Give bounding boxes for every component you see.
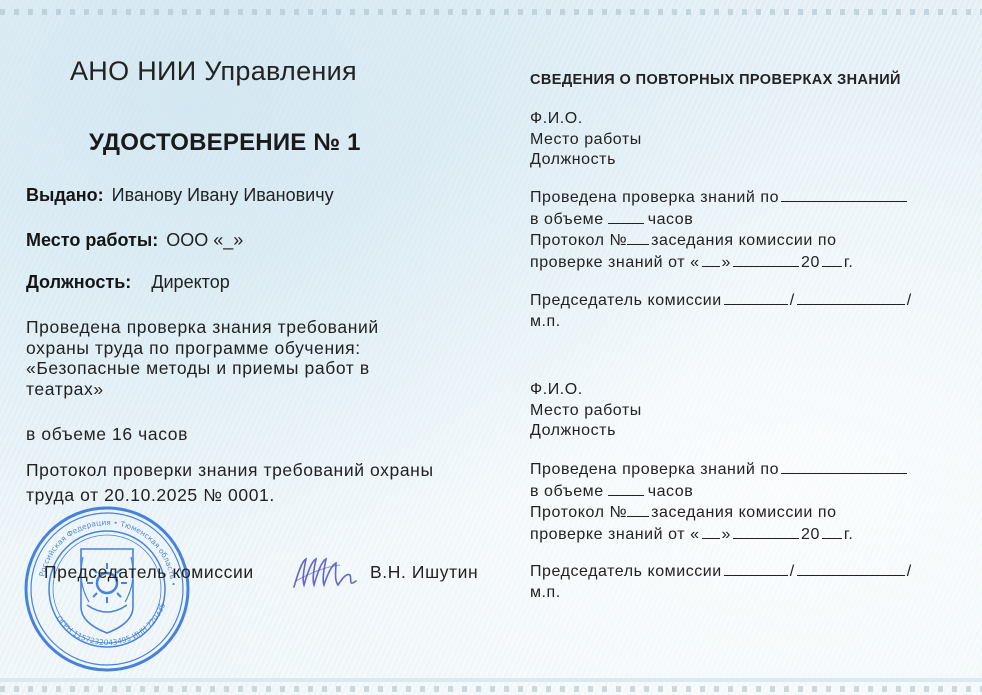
volume-label: в объеме	[530, 211, 604, 228]
fio-label: Ф.И.О.	[530, 380, 642, 401]
edge-band	[0, 678, 982, 682]
day-blank	[702, 524, 720, 539]
month-blank	[733, 252, 799, 267]
fio-label: Ф.И.О.	[530, 109, 642, 130]
slash: /	[907, 292, 912, 309]
training-description: Проведена проверка знания требований охр…	[26, 317, 379, 399]
issued-label: Выдано:	[26, 185, 104, 205]
issued-to-row: Выдано:Иванову Ивану Ивановичу	[26, 185, 334, 206]
position-label: Должность	[530, 150, 642, 171]
chair-label: Председатель комиссии	[530, 563, 722, 580]
organization-name: АНО НИИ Управления	[70, 56, 357, 87]
quote-close: »	[722, 526, 731, 543]
workplace-value: ООО «_»	[166, 230, 243, 250]
repeat-checks-heading: СВЕДЕНИЯ О ПОВТОРНЫХ ПРОВЕРКАХ ЗНАНИЙ	[530, 72, 901, 88]
hours-suffix: часов	[648, 211, 694, 228]
round-seal-stamp-icon: Российская Федерация • Тюменская область…	[23, 505, 191, 673]
training-hours: в объеме 16 часов	[26, 424, 188, 445]
protocol-suffix: заседания комиссии по	[651, 232, 836, 249]
seal-place-label: м.п.	[530, 312, 912, 333]
quote-close: »	[722, 254, 731, 271]
day-blank	[702, 252, 720, 267]
protocol-label: Протокол №	[530, 232, 627, 249]
hours-blank	[608, 209, 644, 224]
slash: /	[790, 292, 795, 309]
repeat-check-2-identity: Ф.И.О. Место работы Должность	[530, 380, 642, 442]
body-line: театрах»	[26, 379, 379, 400]
year-suffix: г.	[844, 254, 853, 271]
protocol-suffix: заседания комиссии по	[651, 504, 836, 521]
handwritten-signature-icon	[290, 553, 360, 591]
year-blank	[822, 252, 842, 267]
signature-blank	[724, 561, 788, 576]
check-subject-blank	[781, 459, 907, 474]
name-blank	[797, 290, 905, 305]
workplace-label: Место работы	[530, 130, 642, 151]
workplace-label: Место работы	[530, 401, 642, 422]
slash: /	[907, 563, 912, 580]
date-label: проверке знаний от «	[530, 254, 700, 271]
chair-label: Председатель комиссии	[530, 292, 722, 309]
check-subject-blank	[781, 187, 907, 202]
protocol-label: Протокол №	[530, 504, 627, 521]
perforated-edge-bottom	[0, 686, 982, 692]
protocol-line: Протокол проверки знания требований охра…	[26, 458, 434, 483]
body-line: «Безопасные методы и приемы работ в	[26, 358, 379, 379]
year-blank	[822, 524, 842, 539]
signer-name: В.Н. Ишутин	[370, 562, 478, 583]
protocol-info: Протокол проверки знания требований охра…	[26, 458, 434, 508]
slash: /	[790, 563, 795, 580]
position-row: Должность:Директор	[26, 272, 230, 293]
hours-suffix: часов	[648, 483, 694, 500]
repeat-check-1-identity: Ф.И.О. Место работы Должность	[530, 109, 642, 171]
seal-place-label: м.п.	[530, 583, 912, 604]
year-prefix: 20	[801, 526, 820, 543]
workplace-row: Место работы:ООО «_»	[26, 230, 243, 251]
check-label: Проведена проверка знаний по	[530, 461, 779, 478]
protocol-number-blank	[627, 230, 649, 245]
repeat-check-1-details: Проведена проверка знаний по в объемечас…	[530, 187, 909, 273]
repeat-check-2-details: Проведена проверка знаний по в объемечас…	[530, 459, 909, 545]
year-prefix: 20	[801, 254, 820, 271]
chair-label: Председатель комиссии	[44, 562, 254, 583]
date-label: проверке знаний от «	[530, 526, 700, 543]
name-blank	[797, 561, 905, 576]
position-label: Должность	[530, 421, 642, 442]
certificate-title: УДОСТОВЕРЕНИЕ № 1	[89, 129, 361, 157]
position-value: Директор	[151, 272, 229, 292]
volume-label: в объеме	[530, 483, 604, 500]
repeat-check-1-chair: Председатель комиссии// м.п.	[530, 290, 912, 332]
hours-blank	[608, 481, 644, 496]
signature-blank	[724, 290, 788, 305]
check-label: Проведена проверка знаний по	[530, 189, 779, 206]
body-line: охраны труда по программе обучения:	[26, 338, 379, 359]
issued-value: Иванову Ивану Ивановичу	[112, 185, 334, 205]
position-label: Должность:	[26, 272, 131, 292]
perforated-edge-top	[0, 9, 982, 15]
workplace-label: Место работы:	[26, 230, 158, 250]
body-line: Проведена проверка знания требований	[26, 317, 379, 338]
protocol-number-blank	[627, 502, 649, 517]
month-blank	[733, 524, 799, 539]
year-suffix: г.	[844, 526, 853, 543]
repeat-check-2-chair: Председатель комиссии// м.п.	[530, 561, 912, 603]
